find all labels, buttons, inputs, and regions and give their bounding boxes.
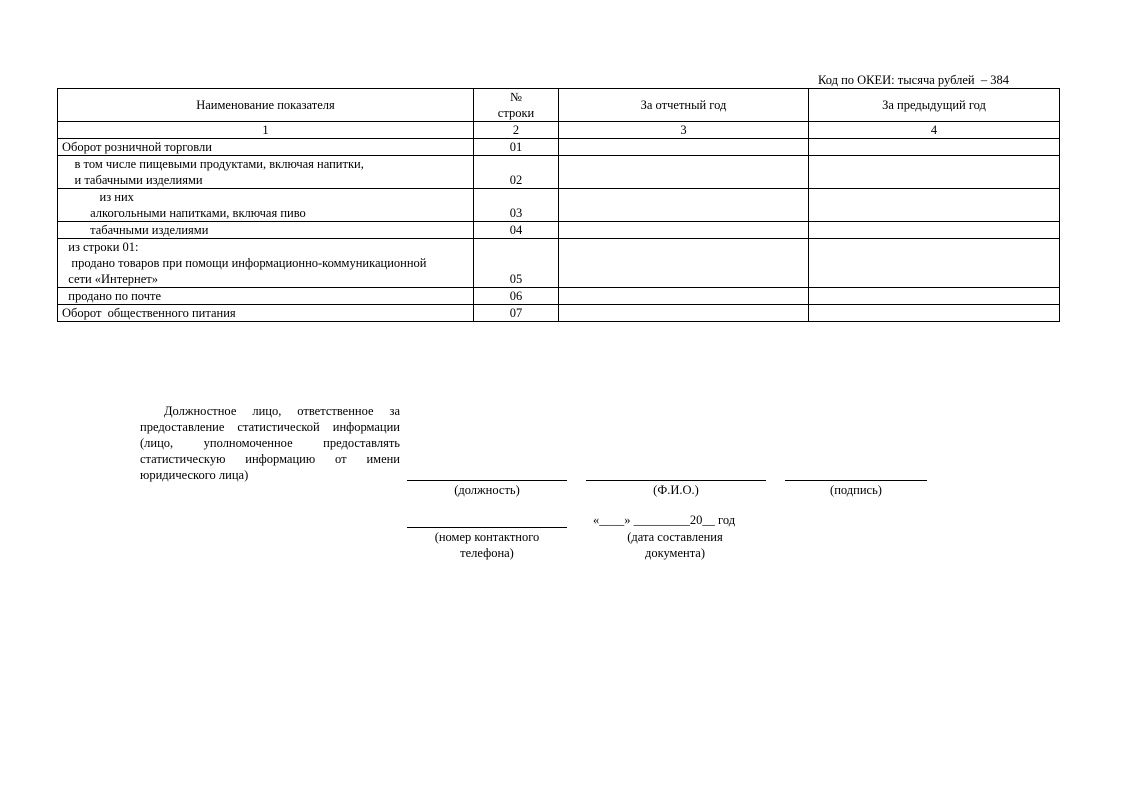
reported-year-value[interactable] [559, 305, 809, 322]
indicator-name: табачными изделиями [58, 222, 474, 239]
date-field[interactable]: «____» _________20__ год [593, 513, 735, 528]
reported-year-value[interactable] [559, 189, 809, 222]
column-number-1: 1 [58, 122, 474, 139]
header-row-number: № строки [474, 89, 559, 122]
previous-year-value[interactable] [809, 156, 1060, 189]
phone-line[interactable] [407, 527, 567, 528]
fio-line[interactable] [586, 480, 766, 481]
table-row: в том числе пищевыми продуктами, включая… [58, 156, 1060, 189]
indicator-name: Оборот общественного питания [58, 305, 474, 322]
signature-caption: (подпись) [785, 482, 927, 498]
previous-year-value[interactable] [809, 288, 1060, 305]
row-code: 01 [474, 139, 559, 156]
date-caption: (дата составления документа) [600, 529, 750, 561]
header-reported-year: За отчетный год [559, 89, 809, 122]
indicator-name: из строки 01: продано товаров при помощи… [58, 239, 474, 288]
indicator-label: из них алкогольными напитками, включая п… [62, 190, 306, 220]
table-row: табачными изделиями04 [58, 222, 1060, 239]
table-row: Оборот розничной торговли01 [58, 139, 1060, 156]
column-number-2: 2 [474, 122, 559, 139]
previous-year-value[interactable] [809, 139, 1060, 156]
indicator-label: в том числе пищевыми продуктами, включая… [62, 157, 364, 187]
previous-year-value[interactable] [809, 305, 1060, 322]
row-code: 03 [474, 189, 559, 222]
row-code: 05 [474, 239, 559, 288]
position-line[interactable] [407, 480, 567, 481]
column-number-3: 3 [559, 122, 809, 139]
table-row: из строки 01: продано товаров при помощи… [58, 239, 1060, 288]
responsible-person-label: Должностное лицо, ответственное за предо… [140, 403, 400, 483]
fio-caption: (Ф.И.О.) [586, 482, 766, 498]
header-row: Наименование показателя № строки За отче… [58, 89, 1060, 122]
indicator-name: Оборот розничной торговли [58, 139, 474, 156]
row-code: 02 [474, 156, 559, 189]
table-row: продано по почте06 [58, 288, 1060, 305]
okei-unit-label: Код по ОКЕИ: тысяча рублей – 384 [818, 73, 1009, 88]
header-numbers-row: 1 2 3 4 [58, 122, 1060, 139]
indicator-name: в том числе пищевыми продуктами, включая… [58, 156, 474, 189]
table-row: Оборот общественного питания07 [58, 305, 1060, 322]
report-table: Наименование показателя № строки За отче… [57, 88, 1060, 322]
indicator-label: продано по почте [62, 289, 161, 303]
indicator-label: из строки 01: продано товаров при помощи… [62, 240, 426, 286]
table-row: из них алкогольными напитками, включая п… [58, 189, 1060, 222]
reported-year-value[interactable] [559, 288, 809, 305]
previous-year-value[interactable] [809, 189, 1060, 222]
indicator-name: из них алкогольными напитками, включая п… [58, 189, 474, 222]
reported-year-value[interactable] [559, 139, 809, 156]
reported-year-value[interactable] [559, 222, 809, 239]
row-code: 04 [474, 222, 559, 239]
indicator-name: продано по почте [58, 288, 474, 305]
position-caption: (должность) [407, 482, 567, 498]
header-previous-year: За предыдущий год [809, 89, 1060, 122]
row-code: 06 [474, 288, 559, 305]
indicator-label: Оборот общественного питания [62, 306, 236, 320]
phone-caption: (номер контактного телефона) [407, 529, 567, 561]
responsible-person-text: Должностное лицо, ответственное за предо… [140, 403, 400, 483]
reported-year-value[interactable] [559, 239, 809, 288]
previous-year-value[interactable] [809, 222, 1060, 239]
signature-line[interactable] [785, 480, 927, 481]
row-code: 07 [474, 305, 559, 322]
reported-year-value[interactable] [559, 156, 809, 189]
column-number-4: 4 [809, 122, 1060, 139]
previous-year-value[interactable] [809, 239, 1060, 288]
indicator-label: Оборот розничной торговли [62, 140, 212, 154]
indicator-label: табачными изделиями [62, 223, 208, 237]
header-indicator-name: Наименование показателя [58, 89, 474, 122]
